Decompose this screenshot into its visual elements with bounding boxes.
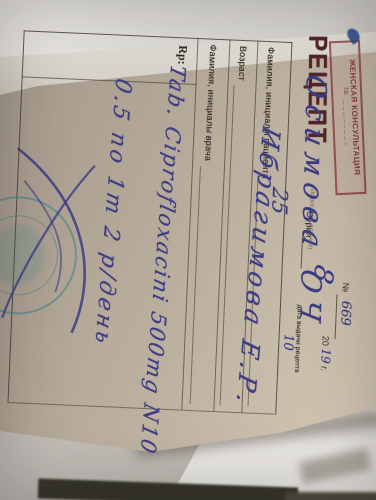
- number-value: 669: [335, 294, 354, 340]
- year-prefix: 20: [320, 336, 330, 346]
- signature: [0, 139, 114, 354]
- rp-label: Rp:: [174, 45, 190, 65]
- year-value-handwritten: 19: [318, 348, 333, 364]
- date-value-handwritten: 10: [280, 334, 296, 351]
- patient-name-handwritten: Осимова ОЧ: [293, 72, 332, 332]
- table-left-border: [24, 30, 293, 43]
- number-label: №: [341, 282, 351, 292]
- age-fill-line: [220, 86, 235, 406]
- number-line: № 669: [337, 282, 354, 340]
- prescription-form-content: ЖЕНСКАЯ КОНСУЛЬТАЦИЯ № ________ РЕЦЕПТ (…: [0, 0, 376, 496]
- age-label: Возраст: [237, 46, 249, 81]
- doctor-label: Фамилия, инициалы врача: [203, 44, 218, 161]
- clinic-stamp: ЖЕНСКАЯ КОНСУЛЬТАЦИЯ № ________: [329, 40, 367, 195]
- year-suffix: г.: [319, 366, 329, 371]
- photo-of-prescription: ЖЕНСКАЯ КОНСУЛЬТАЦИЯ № ________ РЕЦЕПТ (…: [0, 0, 376, 500]
- year-line: 20 19 г.: [318, 336, 334, 372]
- table-top-rule: [275, 42, 293, 414]
